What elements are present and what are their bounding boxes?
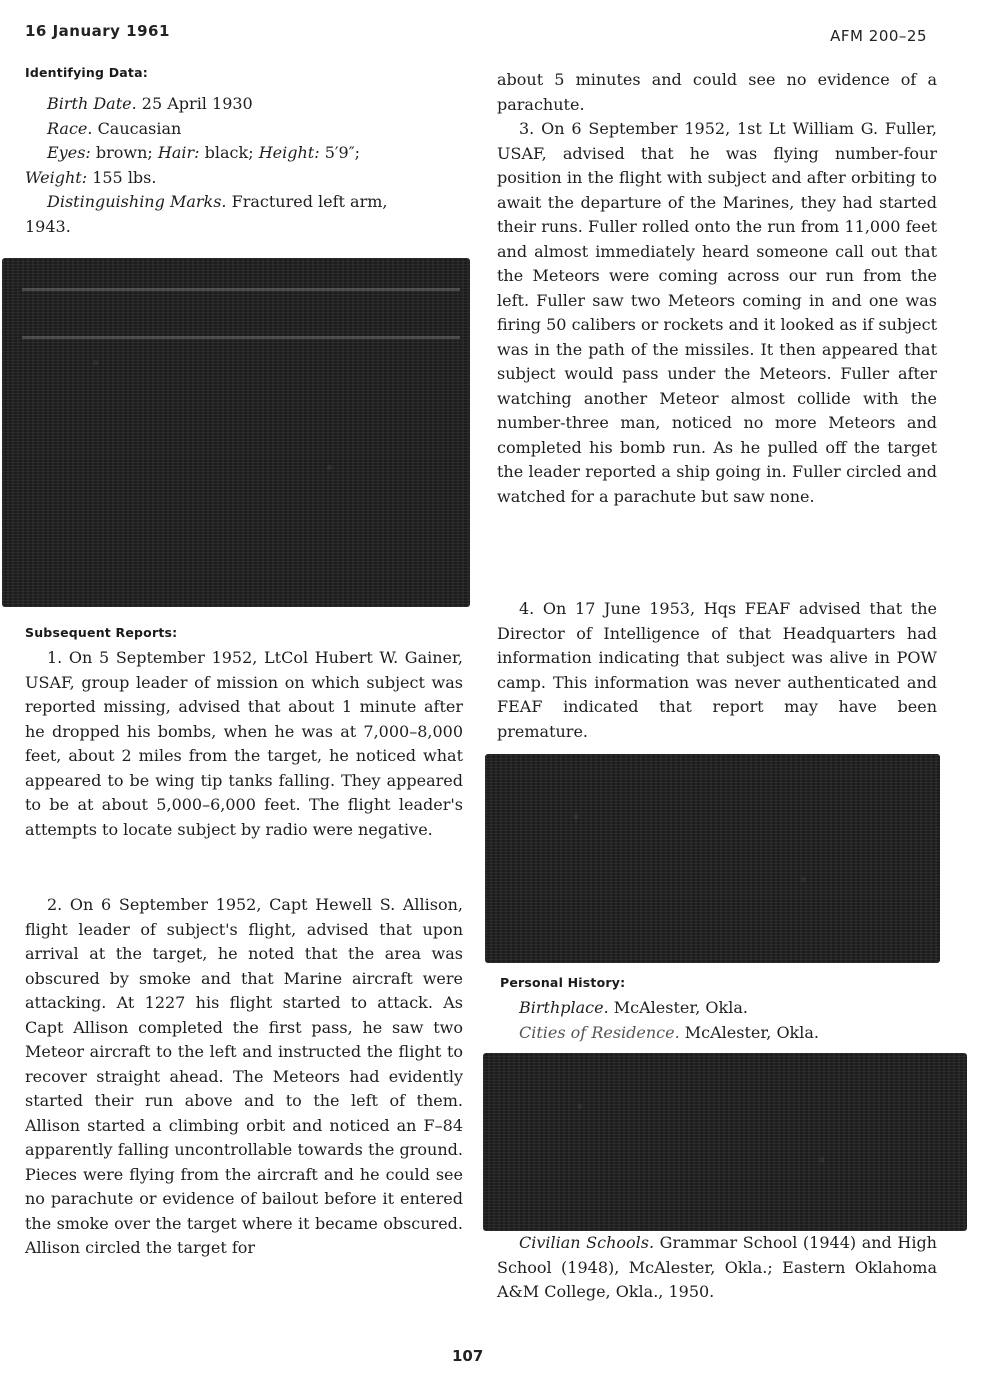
birthplace-value: McAlester, Okla.: [614, 998, 748, 1017]
redaction-block-2: [485, 754, 940, 963]
redaction-texture: [22, 336, 460, 339]
residence-value: McAlester, Okla.: [685, 1023, 819, 1042]
civilian-schools-paragraph: Civilian Schools. Grammar School (1944) …: [497, 1231, 937, 1305]
report-3-paragraph: 3. On 6 September 1952, 1st Lt William G…: [497, 117, 937, 509]
birth-date-field: Birth Date. 25 April 1930: [25, 92, 463, 117]
schools-label: Civilian Schools.: [519, 1233, 654, 1252]
weight-value: 155 lbs.: [92, 168, 156, 187]
report-2-continued: about 5 minutes and could see no evidenc…: [497, 68, 937, 117]
birthplace-label: Birthplace.: [519, 998, 609, 1017]
subsequent-reports-heading: Subsequent Reports:: [25, 625, 177, 640]
personal-history-fields: Birthplace. McAlester, Okla. Cities of R…: [497, 996, 937, 1045]
weight-field: Weight: 155 lbs.: [25, 166, 463, 191]
residence-label: Cities of Residence.: [519, 1023, 680, 1042]
eyes-value: brown;: [96, 143, 153, 162]
report-4-paragraph: 4. On 17 June 1953, Hqs FEAF advised tha…: [497, 597, 937, 744]
redaction-texture: [22, 288, 460, 291]
height-value: 5′9″;: [325, 143, 360, 162]
weight-label: Weight:: [25, 168, 87, 187]
race-field: Race. Caucasian: [25, 117, 463, 142]
hair-value: black;: [205, 143, 254, 162]
redaction-block-1: [2, 258, 470, 607]
birth-date-value: 25 April 1930: [142, 94, 253, 113]
redaction-block-3: [483, 1053, 967, 1231]
race-label: Race.: [47, 119, 92, 138]
physical-field: Eyes: brown; Hair: black; Height: 5′9″;: [25, 141, 463, 166]
distinguishing-marks-field: Distinguishing Marks. Fractured left arm…: [25, 190, 463, 215]
report-2-paragraph: 2. On 6 September 1952, Capt Hewell S. A…: [25, 893, 463, 1261]
birthplace-field: Birthplace. McAlester, Okla.: [497, 996, 937, 1021]
height-label: Height:: [259, 143, 320, 162]
residence-field: Cities of Residence. McAlester, Okla.: [497, 1021, 937, 1046]
marks-label: Distinguishing Marks.: [47, 192, 227, 211]
race-value: Caucasian: [98, 119, 182, 138]
marks-value: Fractured left arm,: [232, 192, 388, 211]
eyes-label: Eyes:: [47, 143, 91, 162]
personal-history-heading: Personal History:: [500, 975, 625, 990]
hair-label: Hair:: [158, 143, 200, 162]
page-number: 107: [452, 1347, 483, 1365]
header-document-id: AFM 200–25: [830, 27, 927, 45]
report-1-paragraph: 1. On 5 September 1952, LtCol Hubert W. …: [25, 646, 463, 842]
identifying-data-fields: Birth Date. 25 April 1930 Race. Caucasia…: [25, 92, 463, 239]
identifying-data-heading: Identifying Data:: [25, 65, 148, 80]
header-date: 16 January 1961: [25, 22, 170, 40]
marks-value-continued: 1943.: [25, 215, 463, 240]
birth-date-label: Birth Date.: [47, 94, 137, 113]
